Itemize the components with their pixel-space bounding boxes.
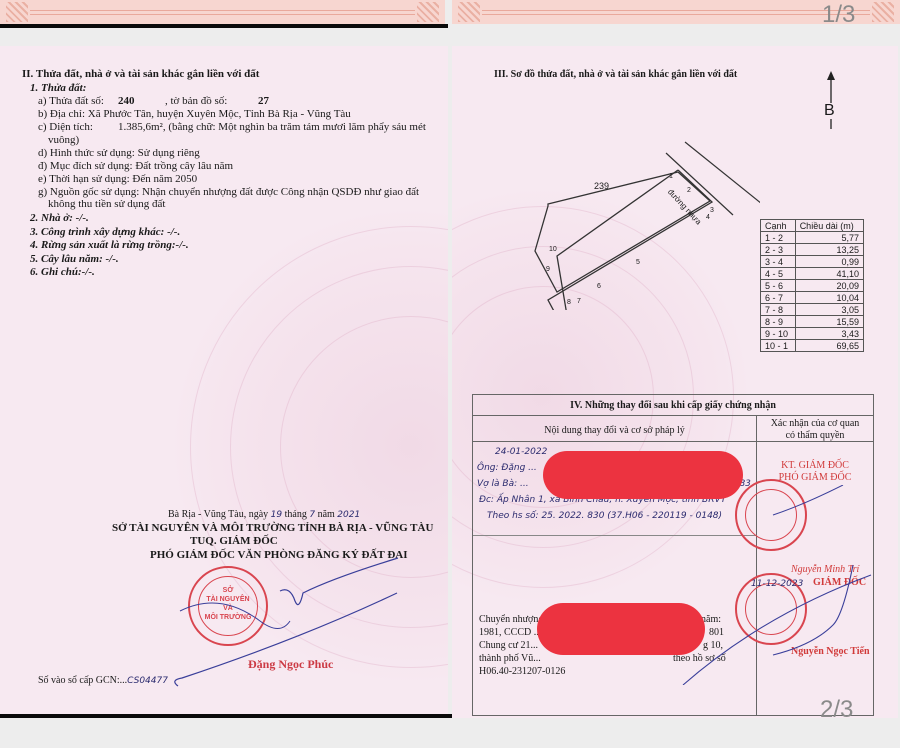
edge-cell: 1 - 2	[761, 232, 796, 244]
certificate-page-right: III. Sơ đồ thửa đất, nhà ở và tài sản kh…	[452, 46, 898, 718]
page-indicator-1: 1/3	[822, 1, 855, 29]
length-cell: 41,10	[795, 268, 863, 280]
length-cell: 69,65	[795, 340, 863, 352]
authority-name: SỞ TÀI NGUYÊN VÀ MÔI TRƯỜNG TỈNH BÀ RỊA …	[112, 522, 433, 535]
vertex-2: 2	[687, 184, 691, 197]
length-cell: 15,59	[795, 316, 863, 328]
header-edge: Cạnh	[761, 220, 796, 232]
edge-cell: 8 - 9	[761, 316, 796, 328]
register-number: Số vào sổ cấp GCN:...CS04477	[38, 674, 168, 688]
table-row: 2 - 313,25	[761, 244, 864, 256]
certificate-page-left: II. Thửa đất, nhà ở và tài sản khác gắn …	[0, 46, 448, 714]
forest-item: 4. Rừng sản xuất là rừng trồng:-/-.	[30, 239, 189, 252]
vertex-8: 8	[567, 296, 571, 309]
area-label: c) Diện tích:	[38, 121, 93, 134]
col-header-content: Nội dung thay đổi và cơ sở pháp lý	[473, 424, 756, 437]
edge-cell: 10 - 1	[761, 340, 796, 352]
edge-cell: 2 - 3	[761, 244, 796, 256]
tuq-title: TUQ. GIÁM ĐỐC	[190, 535, 278, 548]
entry2-line3: Chung cư 21...	[479, 639, 538, 652]
prev-page-left-strip	[0, 0, 445, 24]
entry1-line2: Vợ là Bà: ...	[477, 479, 529, 489]
length-cell: 5,77	[795, 232, 863, 244]
table-row: 7 - 83,05	[761, 304, 864, 316]
parcel-label: a) Thửa đất số:	[38, 95, 104, 108]
perennial-item: 5. Cây lâu năm: -/-.	[30, 253, 119, 266]
vertex-3: 3	[710, 204, 714, 217]
edge-cell: 9 - 10	[761, 328, 796, 340]
land-origin-cont: không thu tiền sử dụng đất	[48, 198, 165, 211]
length-cell: 0,99	[795, 256, 863, 268]
notes-item: 6. Ghi chú:-/-.	[30, 266, 95, 279]
edge-cell: 3 - 4	[761, 256, 796, 268]
vertex-9: 9	[546, 263, 550, 276]
map-sheet-number: 27	[258, 95, 269, 108]
table-row: 1 - 25,77	[761, 232, 864, 244]
area-value: 1.385,6m², (bằng chữ: Một nghìn ba trăm …	[118, 121, 426, 134]
edge-cell: 4 - 5	[761, 268, 796, 280]
edge-length-table: Cạnh Chiều dài (m) 1 - 25,772 - 313,253 …	[760, 219, 864, 352]
section-ii-title: II. Thửa đất, nhà ở và tài sản khác gắn …	[22, 68, 259, 81]
edge-cell: 6 - 7	[761, 292, 796, 304]
table-row: 5 - 620,09	[761, 280, 864, 292]
vertex-4: 4	[706, 211, 710, 224]
length-cell: 20,09	[795, 280, 863, 292]
address: b) Địa chỉ: Xã Phước Tân, huyện Xuyên Mộ…	[38, 108, 351, 121]
length-cell: 10,04	[795, 292, 863, 304]
edge-cell: 7 - 8	[761, 304, 796, 316]
vertex-5: 5	[636, 256, 640, 269]
col-header-confirm-2: có thẩm quyền	[757, 429, 873, 442]
table-row: 3 - 40,99	[761, 256, 864, 268]
entry2-line4: thành phố Vũ...	[479, 652, 541, 665]
neighbor-parcel-label: 239	[594, 180, 609, 193]
vertex-7: 7	[577, 295, 581, 308]
header-length: Chiều dài (m)	[795, 220, 863, 232]
signer-name: Đặng Ngọc Phúc	[248, 658, 333, 671]
vertex-6: 6	[597, 280, 601, 293]
table-row: 6 - 710,04	[761, 292, 864, 304]
section-iv-title: IV. Những thay đổi sau khi cấp giấy chứn…	[473, 399, 873, 412]
vertex-1: 1	[669, 170, 673, 183]
entry1-line1: Ông: Đặng ...	[477, 463, 537, 473]
changes-section: IV. Những thay đổi sau khi cấp giấy chứn…	[472, 394, 874, 716]
table-header-row: Cạnh Chiều dài (m)	[761, 220, 864, 232]
parcel-number: 240	[118, 95, 135, 108]
land-heading: 1. Thửa đất:	[30, 82, 86, 95]
table-row: 8 - 915,59	[761, 316, 864, 328]
page-indicator-2: 2/3	[820, 696, 853, 724]
page-divider-bottom	[0, 714, 458, 718]
usage-purpose: đ) Mục đích sử dụng: Đất trồng cây lâu n…	[38, 160, 233, 173]
length-cell: 3,43	[795, 328, 863, 340]
page-divider	[0, 24, 448, 28]
map-sheet-label: , tờ bản đồ số:	[165, 95, 227, 108]
signature-right	[653, 485, 873, 685]
length-cell: 13,25	[795, 244, 863, 256]
usage-term: e) Thời hạn sử dụng: Đến năm 2050	[38, 173, 197, 186]
edge-cell: 5 - 6	[761, 280, 796, 292]
vertex-10: 10	[549, 243, 557, 256]
entry1-date: 24-01-2022	[495, 447, 547, 457]
date-line: Bà Rịa - Vũng Tàu, ngày 19 tháng 7 năm 2…	[168, 508, 360, 522]
entry2-line5: H06.40-231207-0126	[479, 665, 565, 678]
table-row: 4 - 541,10	[761, 268, 864, 280]
house-item: 2. Nhà ở: -/-.	[30, 212, 89, 225]
usage-form: d) Hình thức sử dụng: Sử dụng riêng	[38, 147, 200, 160]
table-row: 10 - 169,65	[761, 340, 864, 352]
entry2-line2: 1981, CCCD ...	[479, 626, 541, 639]
other-works-item: 3. Công trình xây dựng khác: -/-.	[30, 226, 180, 239]
length-cell: 3,05	[795, 304, 863, 316]
table-row: 9 - 103,43	[761, 328, 864, 340]
area-value-cont: vuông)	[48, 134, 79, 147]
